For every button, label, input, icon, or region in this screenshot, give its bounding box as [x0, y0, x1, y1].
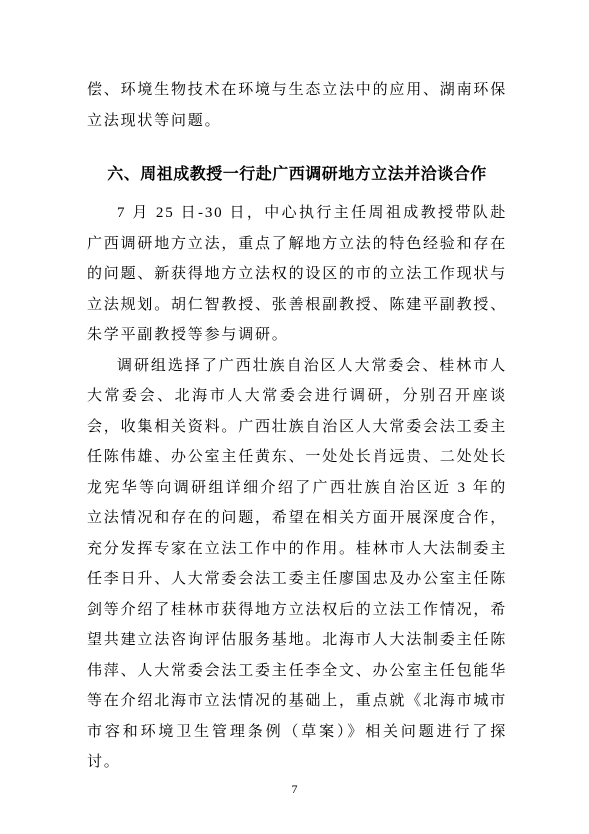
- body-paragraph-1: 7 月 25 日-30 日，中心执行主任周祖成教授带队赴广西调研地方立法，重点了…: [87, 198, 507, 351]
- document-page: 偿、环境生物技术在环境与生态立法中的应用、湖南环保立法现状等问题。 六、周祖成教…: [0, 0, 589, 834]
- section-heading: 六、周祖成教授一行赴广西调研地方立法并洽谈合作: [87, 160, 507, 190]
- continued-paragraph: 偿、环境生物技术在环境与生态立法中的应用、湖南环保立法现状等问题。: [87, 75, 507, 136]
- page-body: 偿、环境生物技术在环境与生态立法中的应用、湖南环保立法现状等问题。 六、周祖成教…: [87, 75, 507, 778]
- body-paragraph-2: 调研组选择了广西壮族自治区人大常委会、桂林市人大常委会、北海市人大常委会进行调研…: [87, 351, 507, 778]
- page-number: 7: [0, 782, 589, 797]
